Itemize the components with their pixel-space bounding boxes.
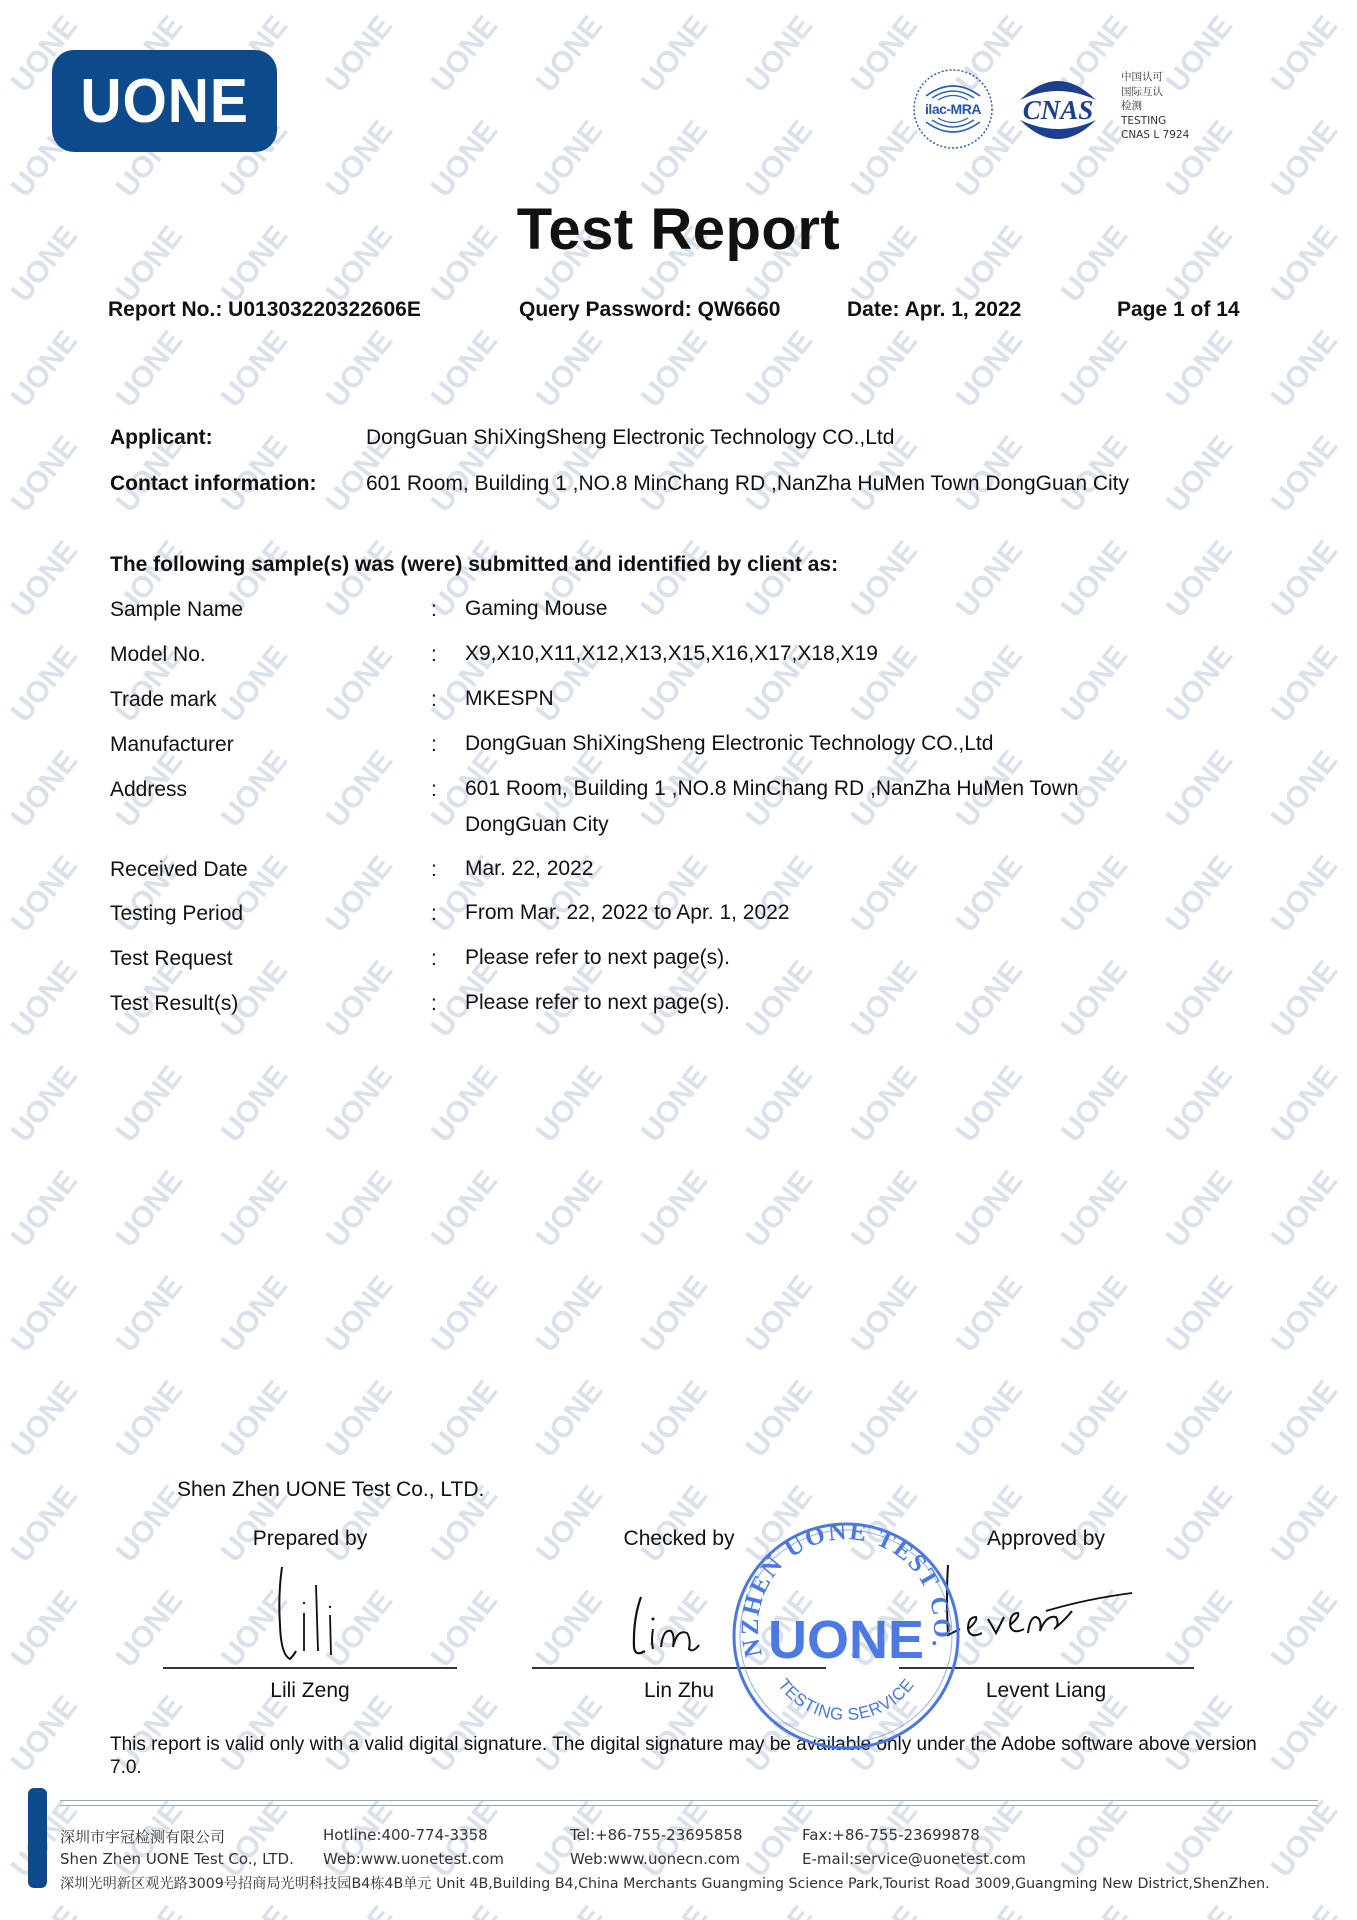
- report-date: Date: Apr. 1, 2022: [847, 298, 1021, 322]
- accreditation-line: 中国认可: [1121, 70, 1189, 85]
- field-separator: :: [431, 992, 437, 1016]
- sample-field-value: Please refer to next page(s).: [465, 985, 730, 1021]
- sample-field-value: Gaming Mouse: [465, 591, 607, 627]
- sample-field-label: Trade mark: [110, 688, 217, 712]
- footer-divider: [60, 1805, 1318, 1806]
- sample-field-value-line: DongGuan City: [465, 807, 1079, 843]
- field-separator: :: [431, 902, 437, 926]
- query-password: Query Password: QW6660: [519, 298, 780, 322]
- sample-field-value: 601 Room, Building 1 ,NO.8 MinChang RD ,…: [465, 771, 1079, 843]
- footer-hotline: Hotline:400-774-3358: [323, 1826, 488, 1844]
- company-seal-stamp: SHENZHEN UONE TEST CO.,LTD TESTING SERVI…: [728, 1518, 964, 1754]
- sample-field-value: Mar. 22, 2022: [465, 851, 593, 887]
- sample-field-label: Received Date: [110, 858, 248, 882]
- footer-address: 深圳光明新区观光路3009号招商局光明科技园B4栋4B单元 Unit 4B,Bu…: [60, 1873, 1270, 1893]
- footer-company-en: Shen Zhen UONE Test Co., LTD.: [60, 1850, 294, 1868]
- samples-heading: The following sample(s) was (were) submi…: [110, 553, 838, 577]
- svg-text:TESTING SERVICE: TESTING SERVICE: [774, 1675, 918, 1724]
- applicant-value: DongGuan ShiXingSheng Electronic Technol…: [366, 426, 894, 450]
- signing-company: Shen Zhen UONE Test Co., LTD.: [177, 1478, 484, 1502]
- sample-field-value-line: DongGuan ShiXingSheng Electronic Technol…: [465, 726, 993, 762]
- sample-field-label: Testing Period: [110, 902, 243, 926]
- prepared-by-label: Prepared by: [160, 1527, 460, 1551]
- sample-field-value-line: X9,X10,X11,X12,X13,X15,X16,X17,X18,X19: [465, 636, 878, 672]
- accreditation-line: CNAS L 7924: [1121, 128, 1189, 143]
- sample-field-value-line: Mar. 22, 2022: [465, 851, 593, 887]
- query-password-label: Query Password:: [519, 298, 692, 321]
- report-date-label: Date:: [847, 298, 900, 321]
- signature-lili-zeng: [160, 1555, 460, 1665]
- svg-text:UONE: UONE: [768, 1610, 924, 1670]
- report-number-value: U01303220322606E: [228, 298, 421, 321]
- sample-field-value: From Mar. 22, 2022 to Apr. 1, 2022: [465, 895, 790, 931]
- sample-field-value-line: Please refer to next page(s).: [465, 985, 730, 1021]
- cnas-accreditation-text: 中国认可 国际互认 检测 TESTING CNAS L 7924: [1121, 70, 1189, 143]
- field-separator: :: [431, 778, 437, 802]
- footer-address-cn: 深圳光明新区观光路3009号招商局光明科技园B4栋4B单元: [60, 1876, 432, 1892]
- footer-web-link-2[interactable]: Web:www.uonecn.com: [570, 1850, 740, 1868]
- sample-field-label: Address: [110, 778, 187, 802]
- report-page: UONE ilac-MRA CNAS 中国认可 国际互认 检测 TESTING …: [0, 0, 1357, 1920]
- contact-label: Contact information:: [110, 472, 316, 496]
- contact-value: 601 Room, Building 1 ,NO.8 MinChang RD ,…: [366, 472, 1129, 496]
- sample-field-label: Test Result(s): [110, 992, 238, 1016]
- query-password-value: QW6660: [698, 298, 781, 321]
- sample-field-value-line: Please refer to next page(s).: [465, 940, 730, 976]
- sample-field-value-line: 601 Room, Building 1 ,NO.8 MinChang RD ,…: [465, 771, 1079, 807]
- footer-company-cn: 深圳市宇冠检测有限公司: [60, 1826, 225, 1847]
- page-number: Page 1 of 14: [1117, 298, 1240, 322]
- svg-text:ilac-MRA: ilac-MRA: [925, 101, 981, 117]
- sample-field-value: Please refer to next page(s).: [465, 940, 730, 976]
- report-number-label: Report No.:: [108, 298, 222, 321]
- footer-address-en: Unit 4B,Building B4,China Merchants Guan…: [436, 1876, 1270, 1892]
- field-separator: :: [431, 858, 437, 882]
- field-separator: :: [431, 947, 437, 971]
- sample-field-label: Model No.: [110, 643, 206, 667]
- sample-field-value: MKESPN: [465, 681, 554, 717]
- sample-field-value: DongGuan ShiXingSheng Electronic Technol…: [465, 726, 993, 762]
- report-number: Report No.: U01303220322606E: [108, 298, 421, 322]
- footer-tel: Tel:+86-755-23695858: [570, 1826, 743, 1844]
- sample-field-value-line: From Mar. 22, 2022 to Apr. 1, 2022: [465, 895, 790, 931]
- accreditation-line: 国际互认: [1121, 85, 1189, 100]
- sample-field-value-line: MKESPN: [465, 681, 554, 717]
- report-date-value: Apr. 1, 2022: [905, 298, 1022, 321]
- field-separator: :: [431, 643, 437, 667]
- svg-text:CNAS: CNAS: [1023, 95, 1094, 125]
- cnas-icon: CNAS: [1008, 70, 1108, 148]
- uone-logo: UONE: [52, 50, 277, 152]
- field-separator: :: [431, 598, 437, 622]
- accreditation-line: 检测: [1121, 99, 1189, 114]
- page-title: Test Report: [0, 196, 1357, 263]
- signature-line-prepared: [163, 1667, 457, 1669]
- footer-fax: Fax:+86-755-23699878: [802, 1826, 980, 1844]
- footer-email[interactable]: E-mail:service@uonetest.com: [802, 1850, 1026, 1868]
- applicant-label: Applicant:: [110, 426, 213, 450]
- sample-field-value: X9,X10,X11,X12,X13,X15,X16,X17,X18,X19: [465, 636, 878, 672]
- sample-field-label: Manufacturer: [110, 733, 234, 757]
- field-separator: :: [431, 733, 437, 757]
- sample-field-label: Sample Name: [110, 598, 243, 622]
- ilac-mra-icon: ilac-MRA: [912, 68, 994, 150]
- sample-field-value-line: Gaming Mouse: [465, 591, 607, 627]
- footer-divider: [60, 1800, 1318, 1801]
- field-separator: :: [431, 688, 437, 712]
- prepared-by-name: Lili Zeng: [160, 1679, 460, 1703]
- sample-field-label: Test Request: [110, 947, 233, 971]
- accreditation-line: TESTING: [1121, 114, 1189, 129]
- footer-web-link[interactable]: Web:www.uonetest.com: [323, 1850, 504, 1868]
- logo-text: UONE: [80, 66, 248, 137]
- footer-accent-bar: [28, 1788, 47, 1888]
- validity-note: This report is valid only with a valid d…: [110, 1733, 1290, 1779]
